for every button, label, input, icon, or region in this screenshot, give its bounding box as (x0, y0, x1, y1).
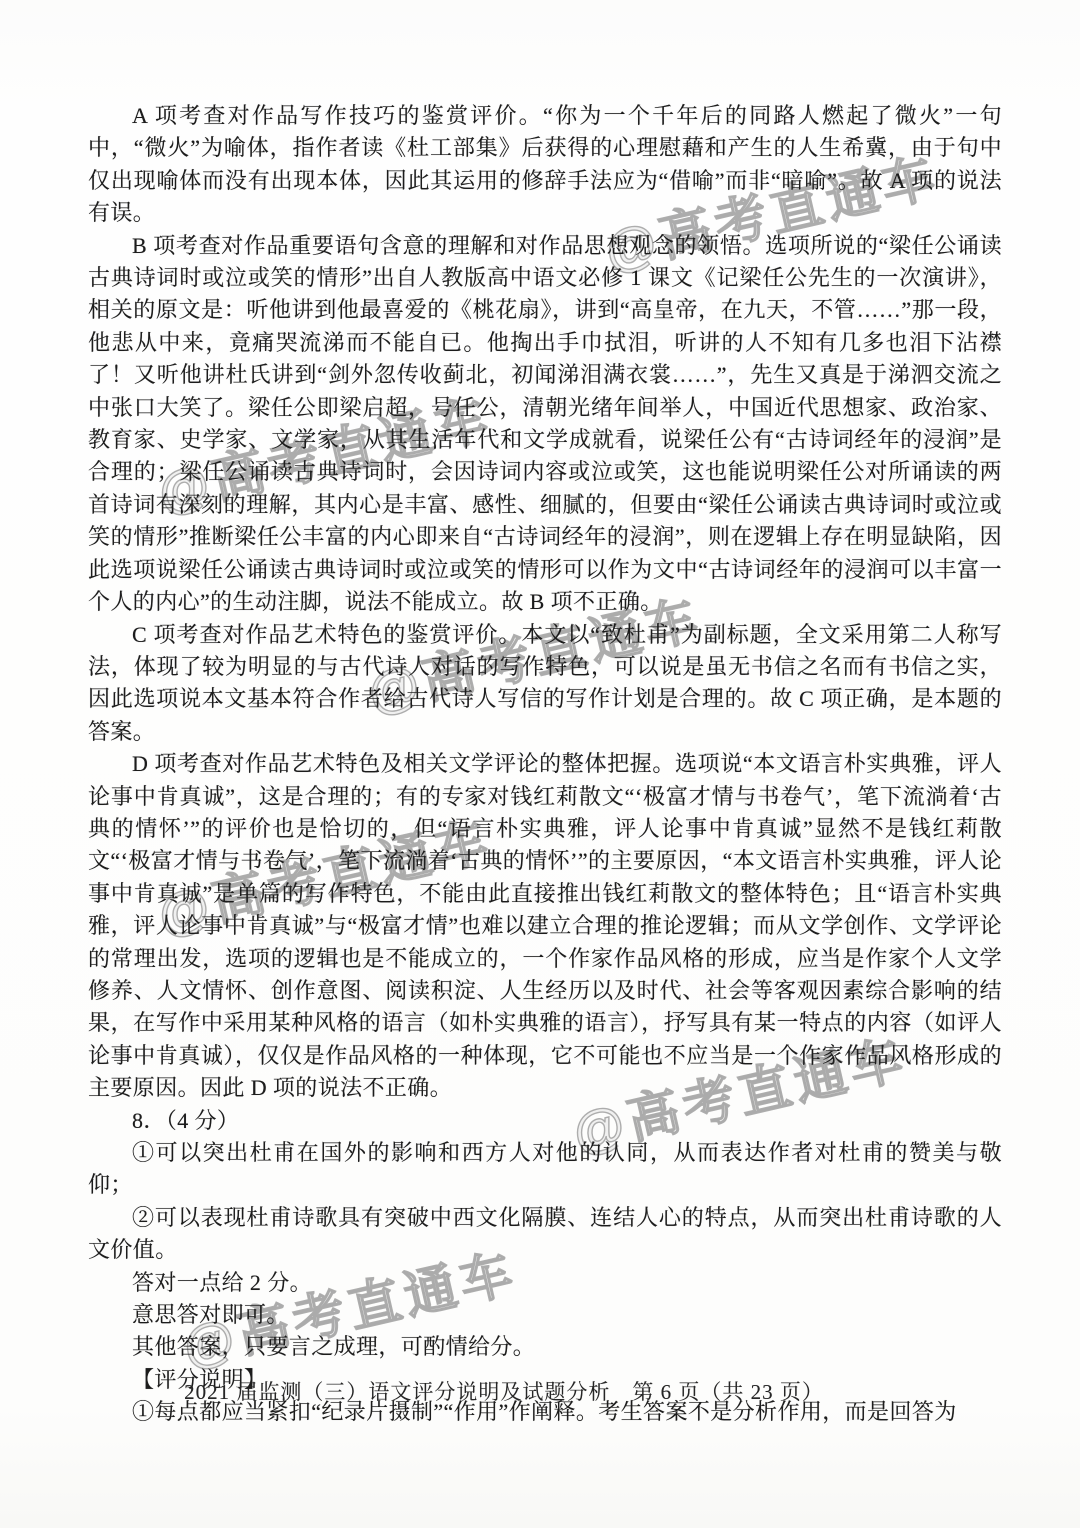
question-8-header: 8．（4 分） (88, 1105, 1002, 1137)
answer-point-1: ①可以突出杜甫在国外的影响和西方人对他的认同，从而表达作者对杜甫的赞美与敬仰； (88, 1137, 1002, 1202)
scoring-rule: 答对一点给 2 分。 (88, 1267, 1002, 1299)
analysis-option-d: D 项考查对作品艺术特色及相关文学评论的整体把握。选项说“本文语言朴实典雅，评人… (88, 748, 1002, 1104)
answer-point-2: ②可以表现杜甫诗歌具有突破中西文化隔膜、连结人心的特点，从而突出杜甫诗歌的人文价… (88, 1202, 1002, 1267)
scanned-document-page: @高考直通车 @高考直通车 @高考直通车 @高考直通车 @高考直通车 @高考直通… (0, 0, 1080, 1528)
analysis-option-c: C 项考查对作品艺术特色的鉴赏评价。本文以“致杜甫”为副标题，全文采用第二人称写… (88, 619, 1002, 749)
analysis-option-b: B 项考查对作品重要语句含意的理解和对作品思想观念的领悟。选项所说的“梁任公诵读… (88, 230, 1002, 619)
other-answers-note: 其他答案，只要言之成理，可酌情给分。 (88, 1331, 1002, 1363)
scoring-note: 意思答对即可。 (88, 1299, 1002, 1331)
page-footer: 2021 届监测（三）语文评分说明及试题分析 第 6 页（共 23 页） (48, 1376, 960, 1406)
answer-analysis-body: A 项考查对作品写作技巧的鉴赏评价。“你为一个千年后的同路人燃起了微火”一句中，… (88, 100, 1002, 1429)
analysis-option-a: A 项考查对作品写作技巧的鉴赏评价。“你为一个千年后的同路人燃起了微火”一句中，… (88, 100, 1002, 230)
